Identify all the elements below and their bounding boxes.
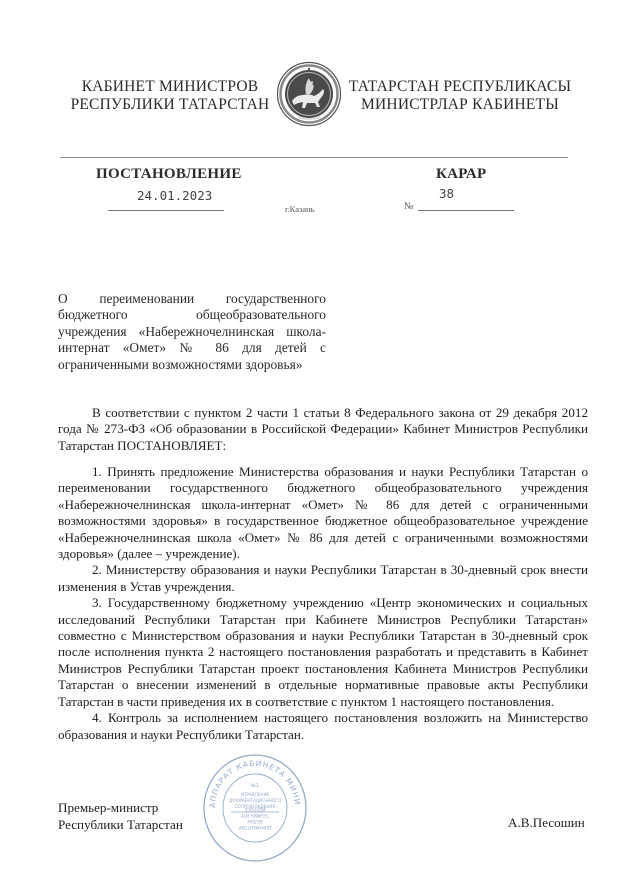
preamble-paragraph: В соответствии с пунктом 2 части 1 стать… (58, 405, 588, 454)
svg-text:ИДАРӘСЕ: ИДАРӘСЕ (244, 807, 265, 812)
document-number: 38 (439, 186, 454, 201)
official-stamp: АППАРАТ КАБИНЕТА МИНИСТРОВ РЕСПУБЛИКИ ТА… (201, 752, 309, 864)
svg-text:ДОКУМЕНТЛАР: ДОКУМЕНТЛАР (238, 825, 271, 830)
header-right-title: ТАТАРСТАН РЕСПУБЛИКАСЫ МИНИСТРЛАР КАБИНЕ… (340, 78, 580, 114)
svg-text:БЕЛӘН: БЕЛӘН (247, 819, 262, 824)
header-right-line2: МИНИСТРЛАР КАБИНЕТЫ (340, 96, 580, 114)
item-1: 1. Принять предложение Министерства обра… (58, 464, 588, 562)
number-sign: № (404, 201, 414, 212)
signatory-name: А.В.Песошин (508, 815, 585, 831)
item-4: 4. Контроль за исполнением настоящего по… (58, 710, 588, 743)
document-subject: О переименовании государственного бюджет… (58, 291, 326, 373)
signatory-position: Премьер-министр Республики Татарстан (58, 799, 183, 833)
svg-text:ТӘЭМИН ИТҮ: ТӘЭМИН ИТҮ (240, 813, 270, 818)
stamp-number: №1 (251, 783, 259, 789)
document-items: 1. Принять предложение Министерства обра… (58, 464, 588, 743)
item-2: 2. Министерству образования и науки Респ… (58, 562, 588, 595)
position-line2: Республики Татарстан (58, 816, 183, 833)
document-type-tt: КАРАР (436, 166, 486, 183)
document-date: 24.01.2023 (137, 188, 212, 203)
svg-text:ДОКУМЕНТАЦИОННОГО: ДОКУМЕНТАЦИОННОГО (229, 798, 282, 803)
header-divider (60, 157, 568, 158)
document-city: г.Казань (285, 204, 315, 214)
number-underline (418, 210, 514, 211)
date-underline (108, 210, 224, 211)
coat-of-arms-icon (276, 61, 342, 127)
header-left-line1: КАБИНЕТ МИНИСТРОВ (60, 78, 280, 96)
position-line1: Премьер-министр (58, 799, 183, 816)
header-left-line2: РЕСПУБЛИКИ ТАТАРСТАН (60, 96, 280, 114)
document-type-ru: ПОСТАНОВЛЕНИЕ (96, 166, 242, 183)
item-3: 3. Государственному бюджетному учреждени… (58, 595, 588, 710)
header-right-line1: ТАТАРСТАН РЕСПУБЛИКАСЫ (340, 78, 580, 96)
document-preamble: В соответствии с пунктом 2 части 1 стать… (58, 405, 588, 454)
svg-text:УПРАВЛЕНИЕ: УПРАВЛЕНИЕ (241, 792, 270, 797)
header-left-title: КАБИНЕТ МИНИСТРОВ РЕСПУБЛИКИ ТАТАРСТАН (60, 78, 280, 114)
